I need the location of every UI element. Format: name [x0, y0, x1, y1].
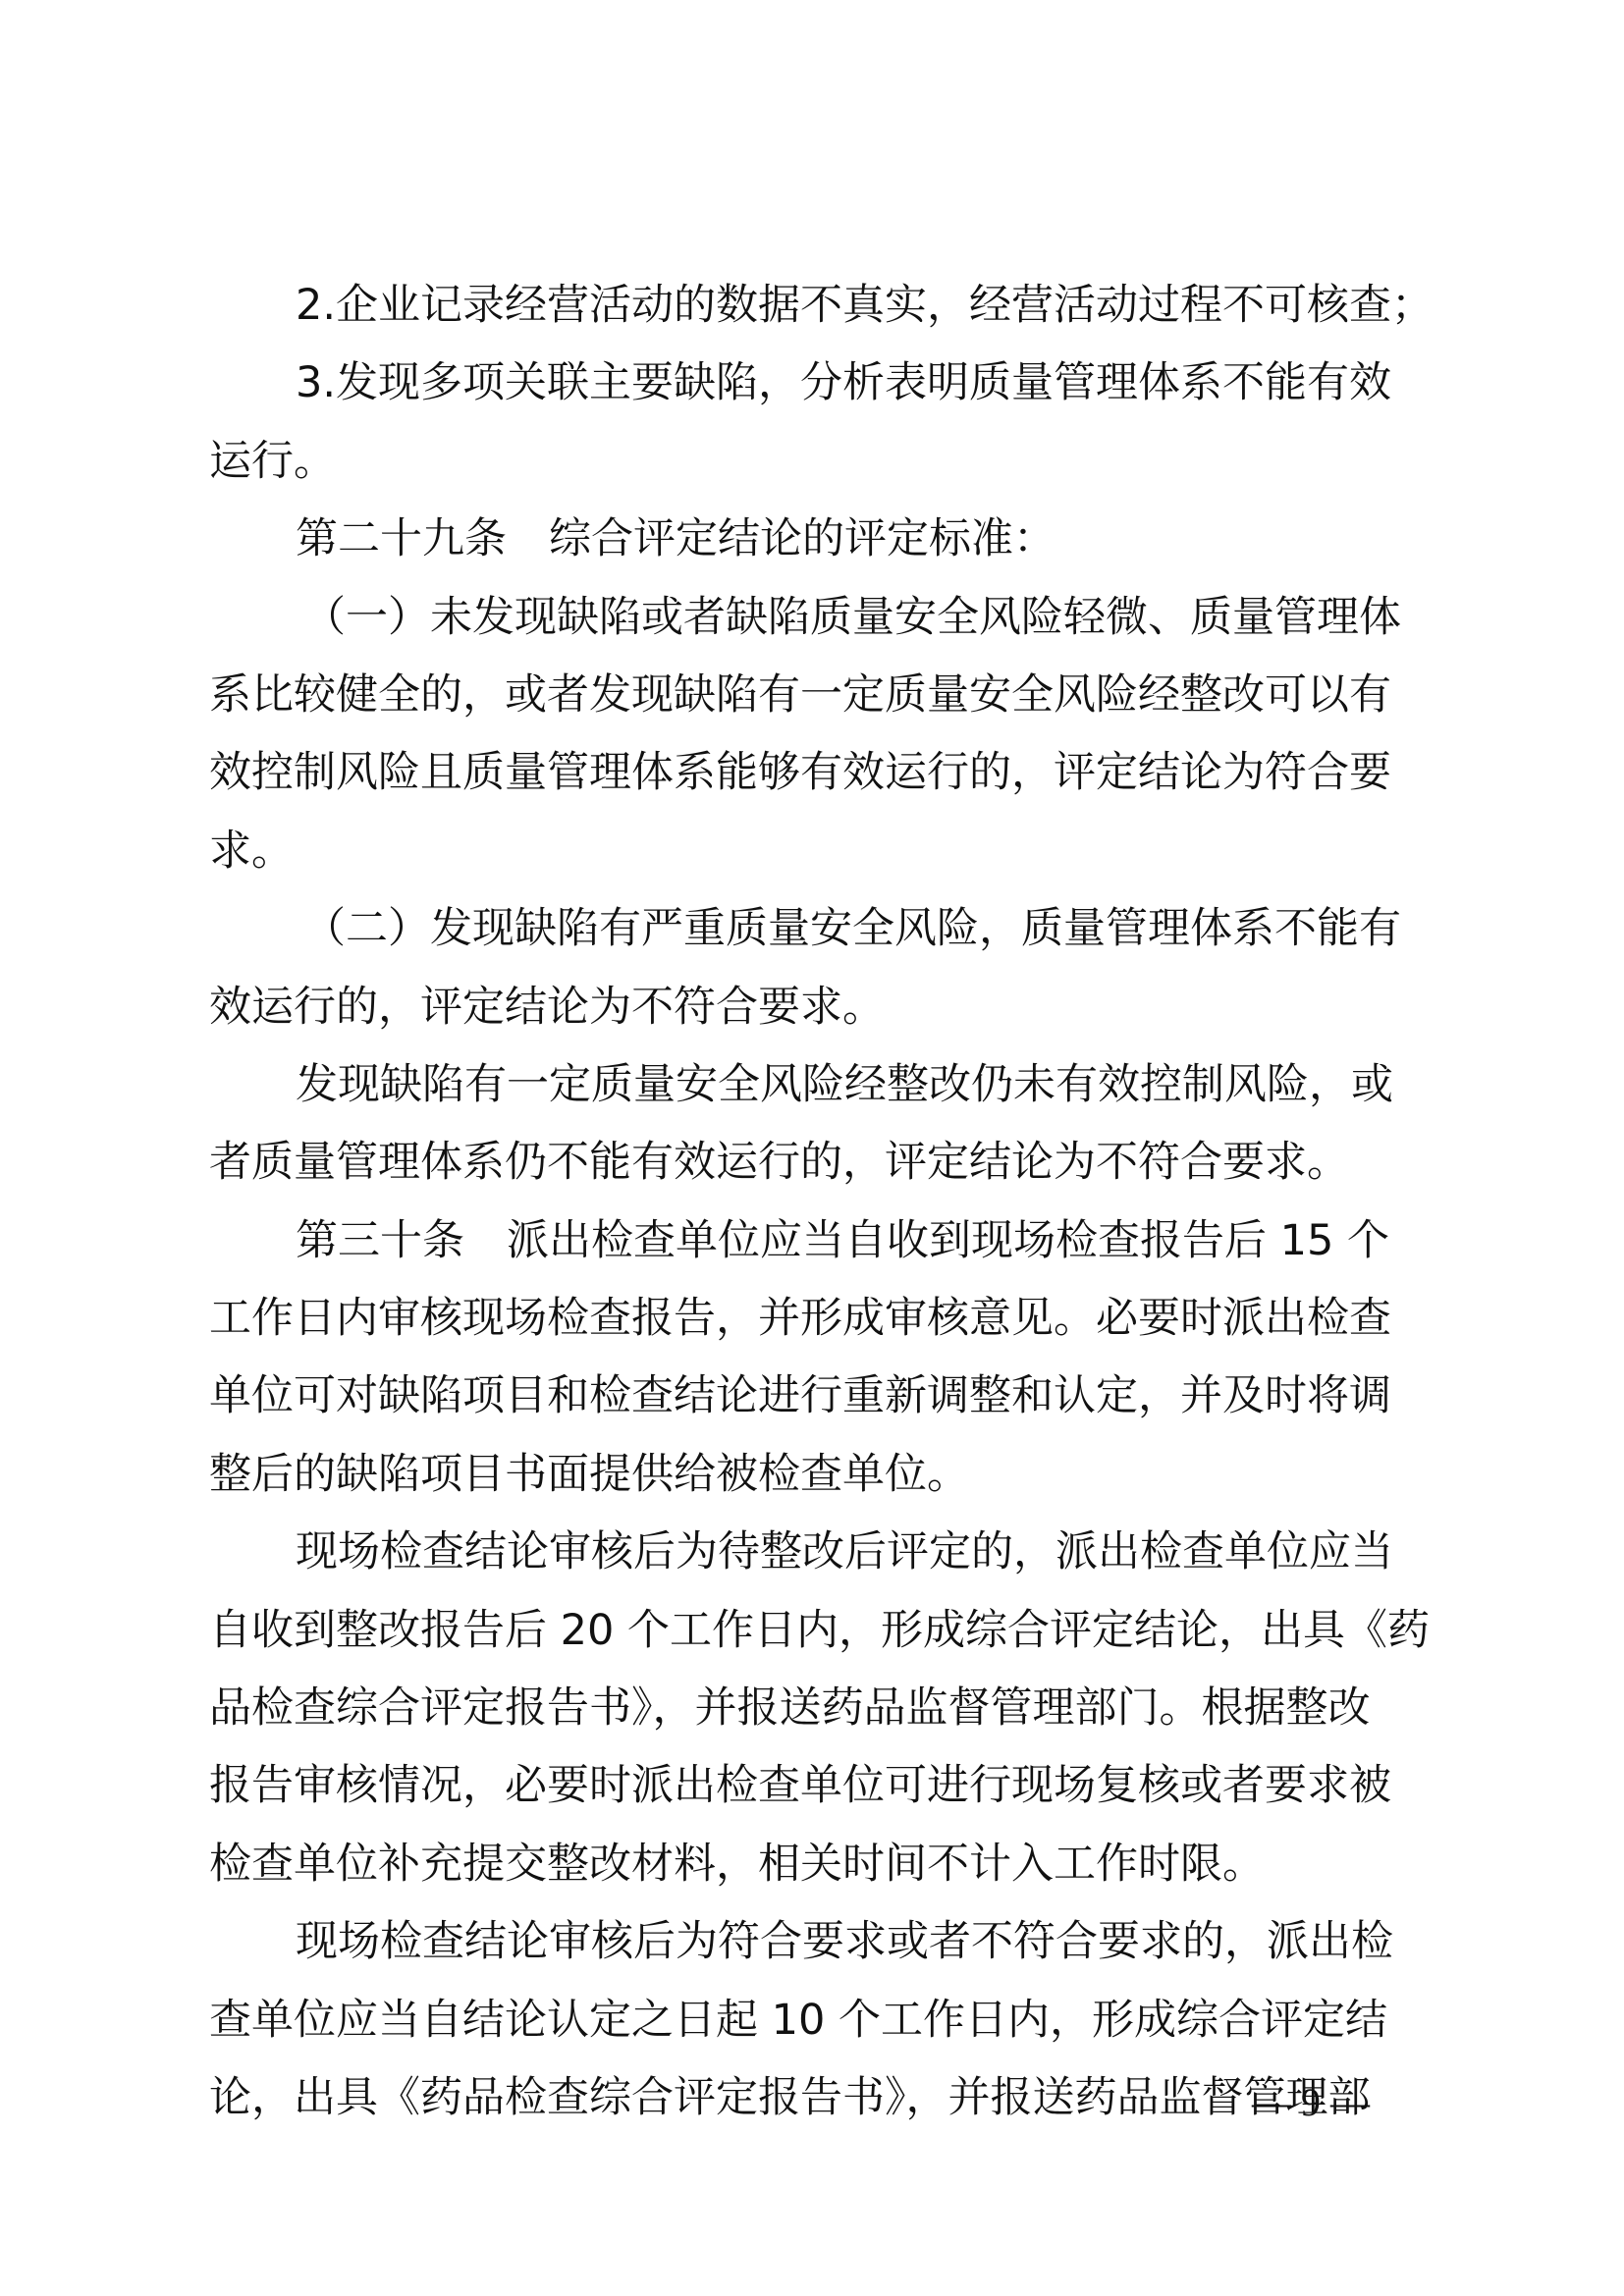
article-29-heading: 第二十九条 综合评定结论的评定标准：	[209, 501, 1419, 578]
page-number: — 9 —	[1242, 2079, 1380, 2126]
text-line: 整后的缺陷项目书面提供给被检查单位。	[209, 1436, 1419, 1514]
text-line: （二）发现缺陷有严重质量安全风险，质量管理体系不能有	[209, 890, 1419, 968]
text-line: （一）未发现缺陷或者缺陷质量安全风险轻微、质量管理体	[209, 579, 1419, 657]
text-line: 效运行的，评定结论为不符合要求。	[209, 969, 1419, 1046]
text-line: 发现缺陷有一定质量安全风险经整改仍未有效控制风险，或	[209, 1046, 1419, 1124]
text-line: 报告审核情况，必要时派出检查单位可进行现场复核或者要求被	[209, 1747, 1419, 1825]
text-line: 3.发现多项关联主要缺陷，分析表明质量管理体系不能有效	[209, 345, 1419, 422]
text-line: 者质量管理体系仍不能有效运行的，评定结论为不符合要求。	[209, 1124, 1419, 1201]
text-line: 论，出具《药品检查综合评定报告书》，并报送药品监督管理部	[209, 2059, 1419, 2137]
text-line: 系比较健全的，或者发现缺陷有一定质量安全风险经整改可以有	[209, 657, 1419, 734]
text-line: 自收到整改报告后 20 个工作日内，形成综合评定结论，出具《药	[209, 1592, 1419, 1670]
document-page-body: 2.企业记录经营活动的数据不真实，经营活动过程不可核查； 3.发现多项关联主要缺…	[209, 267, 1419, 2137]
text-line: 现场检查结论审核后为待整改后评定的，派出检查单位应当	[209, 1514, 1419, 1591]
article-30-heading: 第三十条 派出检查单位应当自收到现场检查报告后 15 个	[209, 1202, 1419, 1280]
text-line: 运行。	[209, 423, 1419, 501]
text-line: 现场检查结论审核后为符合要求或者不符合要求的，派出检	[209, 1903, 1419, 1981]
text-line: 检查单位补充提交整改材料，相关时间不计入工作时限。	[209, 1826, 1419, 1903]
text-line: 查单位应当自结论认定之日起 10 个工作日内，形成综合评定结	[209, 1982, 1419, 2059]
text-line: 效控制风险且质量管理体系能够有效运行的，评定结论为符合要	[209, 734, 1419, 812]
text-line: 品检查综合评定报告书》，并报送药品监督管理部门。根据整改	[209, 1670, 1419, 1747]
text-line: 求。	[209, 813, 1419, 890]
text-line: 单位可对缺陷项目和检查结论进行重新调整和认定，并及时将调	[209, 1358, 1419, 1435]
text-line: 工作日内审核现场检查报告，并形成审核意见。必要时派出检查	[209, 1280, 1419, 1358]
text-line: 2.企业记录经营活动的数据不真实，经营活动过程不可核查；	[209, 267, 1419, 345]
